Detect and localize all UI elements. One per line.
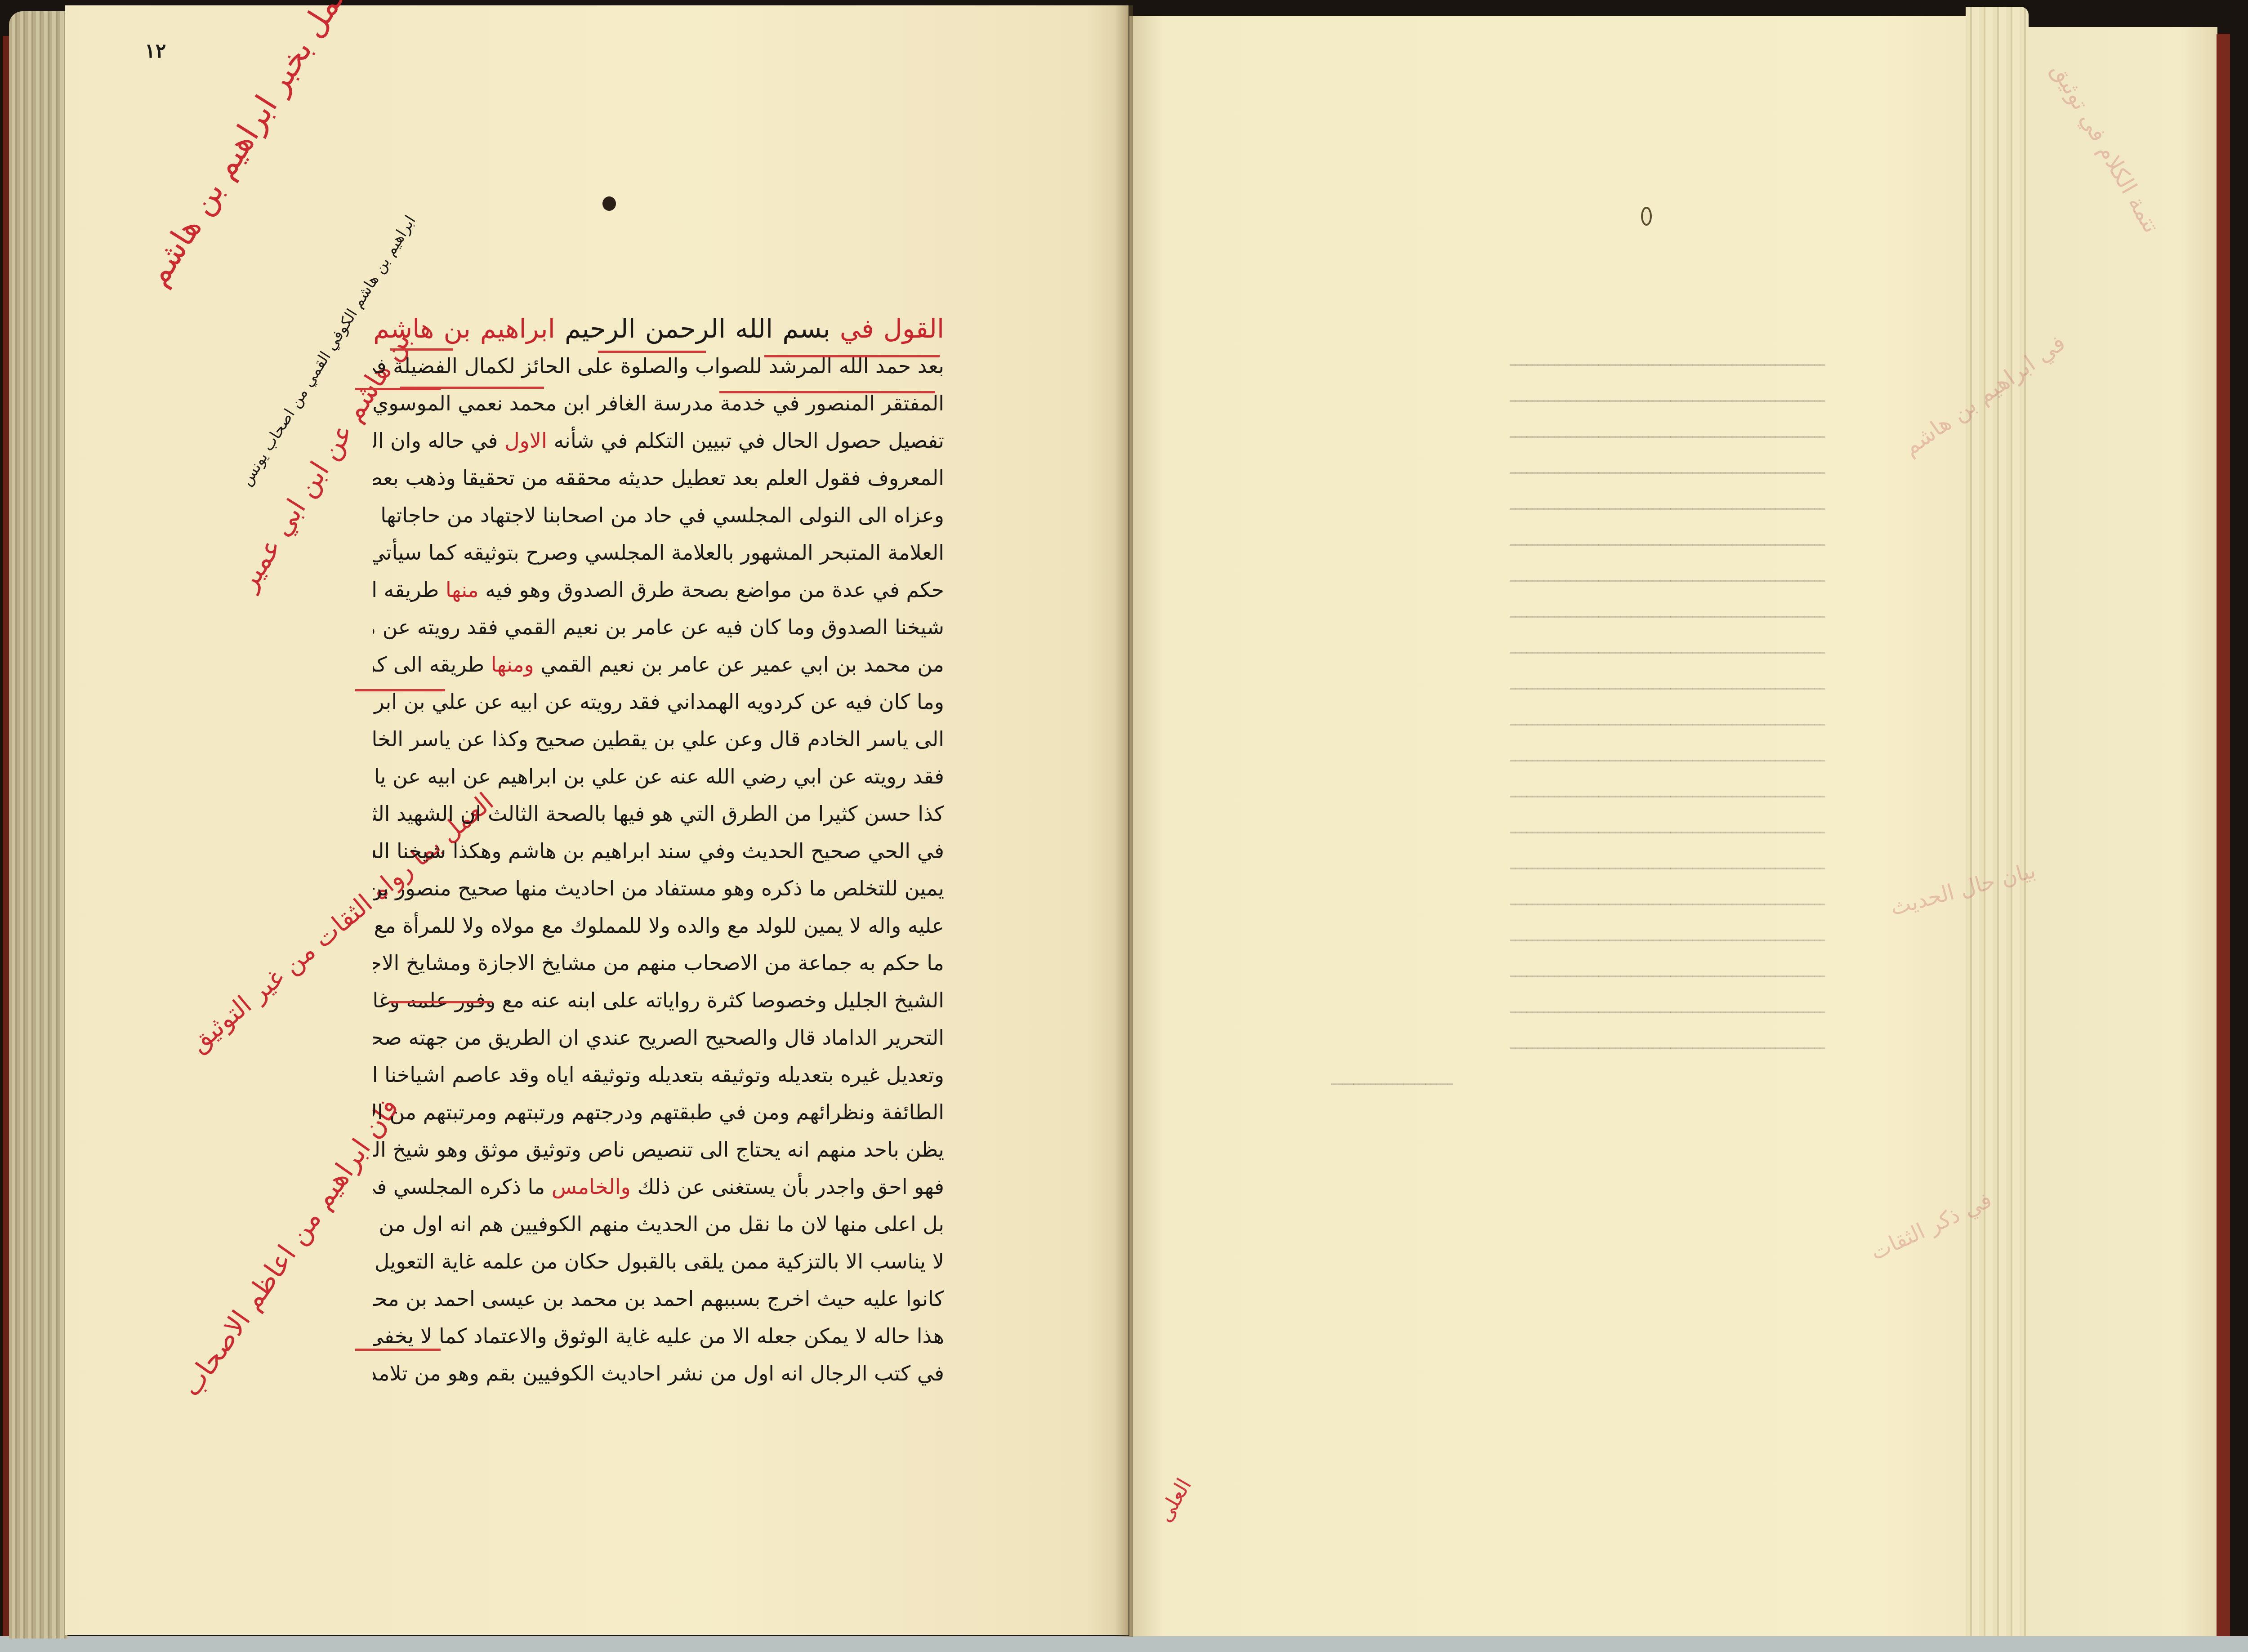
bleed-line: ــــــــــــــــــــــــــــــــــــــــ… <box>1205 414 1825 450</box>
text-line: الطائفة ونظرائهم ومن في طبقتهم ودرجتهم و… <box>373 1094 944 1131</box>
text-line: العلامة المتبحر المشهور بالعلامة المجلسي… <box>373 534 944 571</box>
bleed-line: ــــــــــــــــــــــــــــــــــــــــ… <box>1205 701 1825 737</box>
text-line: في الحي صحيح الحديث وفي سند ابراهيم بن ه… <box>373 833 944 870</box>
text-line: المفتقر المنصور في خدمة مدرسة الغافر ابن… <box>373 385 944 422</box>
text-line: ما حكم به جماعة من الاصحاب منهم من مشايخ… <box>373 944 944 982</box>
text-line: المعروف فقول العلم بعد تعطيل حديثه محققه… <box>373 459 944 497</box>
text-line: بعد حمد الله المرشد للصواب والصلوة على ا… <box>373 347 944 385</box>
text-line: الى ياسر الخادم قال وعن علي بن يقطين صحي… <box>373 721 944 758</box>
text-line: بل اعلى منها لان ما نقل من الحديث منهم ا… <box>373 1206 944 1243</box>
heading-rubric-right: القول في <box>840 313 944 344</box>
sewing-hole-right <box>1641 207 1652 226</box>
text-line: وتعديل غيره بتعديله وتوثيقه بتعديله وتوث… <box>373 1056 944 1094</box>
basmala: بسم الله الرحمن الرحيم <box>565 313 830 344</box>
sewing-hole-left <box>602 196 616 211</box>
text-line: يمين للتخلص ما ذكره وهو مستفاد من احاديث… <box>373 870 944 907</box>
bleed-line: ــــــــــــــــــــــــــــــــــــــــ… <box>1205 809 1825 845</box>
text-line: وما كان فيه عن كردويه الهمداني فقد رويته… <box>373 683 944 721</box>
right-page-stack <box>1966 7 2029 1636</box>
text-line: التحرير الداماد قال والصحيح الصريح عندي … <box>373 1019 944 1056</box>
bleed-line: ــــــــــــــــــــــــــــــــــــــــ… <box>1205 881 1825 917</box>
heading-line: القول في بسم الله الرحمن الرحيم ابراهيم … <box>373 310 944 347</box>
bleed-line: ــــــــــــــــــــــ <box>1205 1061 1453 1097</box>
gutter-shadow <box>1115 5 1133 1637</box>
bleed-line: ــــــــــــــــــــــــــــــــــــــــ… <box>1205 953 1825 989</box>
text-line: فهو احق واجدر بأن يستغنى عن ذلك والخامس … <box>373 1168 944 1206</box>
bleed-line: ــــــــــــــــــــــــــــــــــــــــ… <box>1205 1025 1825 1061</box>
rubric-overline <box>598 351 706 353</box>
rubric-word: والخامس <box>552 1175 631 1199</box>
text-line: الشيخ الجليل وخصوصا كثرة رواياته على ابن… <box>373 982 944 1019</box>
text-line: كانوا عليه حيث اخرج بسببهم احمد بن محمد … <box>373 1280 944 1318</box>
scan-background-strip <box>0 1636 2248 1652</box>
text-line: هذا حاله لا يمكن جعله الا من عليه غاية ا… <box>373 1318 944 1355</box>
text-line: في كتب الرجال انه اول من نشر احاديث الكو… <box>373 1355 944 1392</box>
show-through-text: ــــــــــــــــــــــــــــــــــــــــ… <box>1205 342 1825 1097</box>
left-page-stack <box>9 11 67 1639</box>
text-line: تفصيل حصول الحال في تبيين التكلم في شأنه… <box>373 422 944 459</box>
heading-rubric-left: ابراهيم بن هاشم <box>373 313 555 344</box>
bleed-line: ــــــــــــــــــــــــــــــــــــــــ… <box>1205 485 1825 521</box>
text-line: لا يناسب الا بالتزكية ممن يلقى بالقبول ح… <box>373 1243 944 1280</box>
folio-number: ١٢ <box>145 40 166 62</box>
rubric-word: ومنها <box>491 652 534 677</box>
bleed-line: ــــــــــــــــــــــــــــــــــــــــ… <box>1205 665 1825 701</box>
text-line: شيخنا الصدوق وما كان فيه عن عامر بن نعيم… <box>373 609 944 646</box>
bleed-line: ــــــــــــــــــــــــــــــــــــــــ… <box>1205 989 1825 1025</box>
rubric-overline <box>390 348 453 351</box>
rubric-overline <box>355 1349 441 1351</box>
text-line: عليه واله لا يمين للولد مع والده ولا للم… <box>373 907 944 944</box>
rubric-word: منها <box>446 578 479 602</box>
bleed-line: ــــــــــــــــــــــــــــــــــــــــ… <box>1205 557 1825 593</box>
right-page-stack-outer <box>2029 27 2217 1636</box>
right-cover-edge <box>2217 34 2230 1636</box>
rubric-overline <box>355 689 445 691</box>
text-line: حكم في عدة من مواضع بصحة طرق الصدوق وهو … <box>373 571 944 609</box>
bleed-line: ــــــــــــــــــــــــــــــــــــــــ… <box>1205 378 1825 414</box>
bleed-line: ــــــــــــــــــــــــــــــــــــــــ… <box>1205 450 1825 485</box>
rubric-overline <box>400 387 544 389</box>
bleed-line: ــــــــــــــــــــــــــــــــــــــــ… <box>1205 342 1825 378</box>
bleed-line: ــــــــــــــــــــــــــــــــــــــــ… <box>1205 773 1825 809</box>
text-line: يظن باحد منهم انه يحتاج الى تنصيص ناص وت… <box>373 1131 944 1168</box>
bleed-line: ــــــــــــــــــــــــــــــــــــــــ… <box>1205 737 1825 773</box>
bleed-line: ــــــــــــــــــــــــــــــــــــــــ… <box>1205 593 1825 629</box>
rubric-overline <box>389 1001 492 1003</box>
bleed-line: ــــــــــــــــــــــــــــــــــــــــ… <box>1205 629 1825 665</box>
rubric-overline <box>764 355 940 357</box>
text-line: كذا حسن كثيرا من الطرق التي هو فيها بالص… <box>373 795 944 833</box>
text-line: فقد رويته عن ابي رضي الله عنه عن علي بن … <box>373 758 944 795</box>
rubric-word: الاول <box>504 428 547 453</box>
text-line: من محمد بن ابي عمير عن عامر بن نعيم القم… <box>373 646 944 683</box>
bleed-line: ــــــــــــــــــــــــــــــــــــــــ… <box>1205 917 1825 953</box>
bleed-line: ــــــــــــــــــــــــــــــــــــــــ… <box>1205 521 1825 557</box>
bleed-line: ــــــــــــــــــــــــــــــــــــــــ… <box>1205 845 1825 881</box>
main-text-block: القول في بسم الله الرحمن الرحيم ابراهيم … <box>373 310 944 1392</box>
rubric-overline <box>719 391 935 393</box>
text-line: وعزاه الى النولى المجلسي في حاد من اصحاب… <box>373 497 944 534</box>
